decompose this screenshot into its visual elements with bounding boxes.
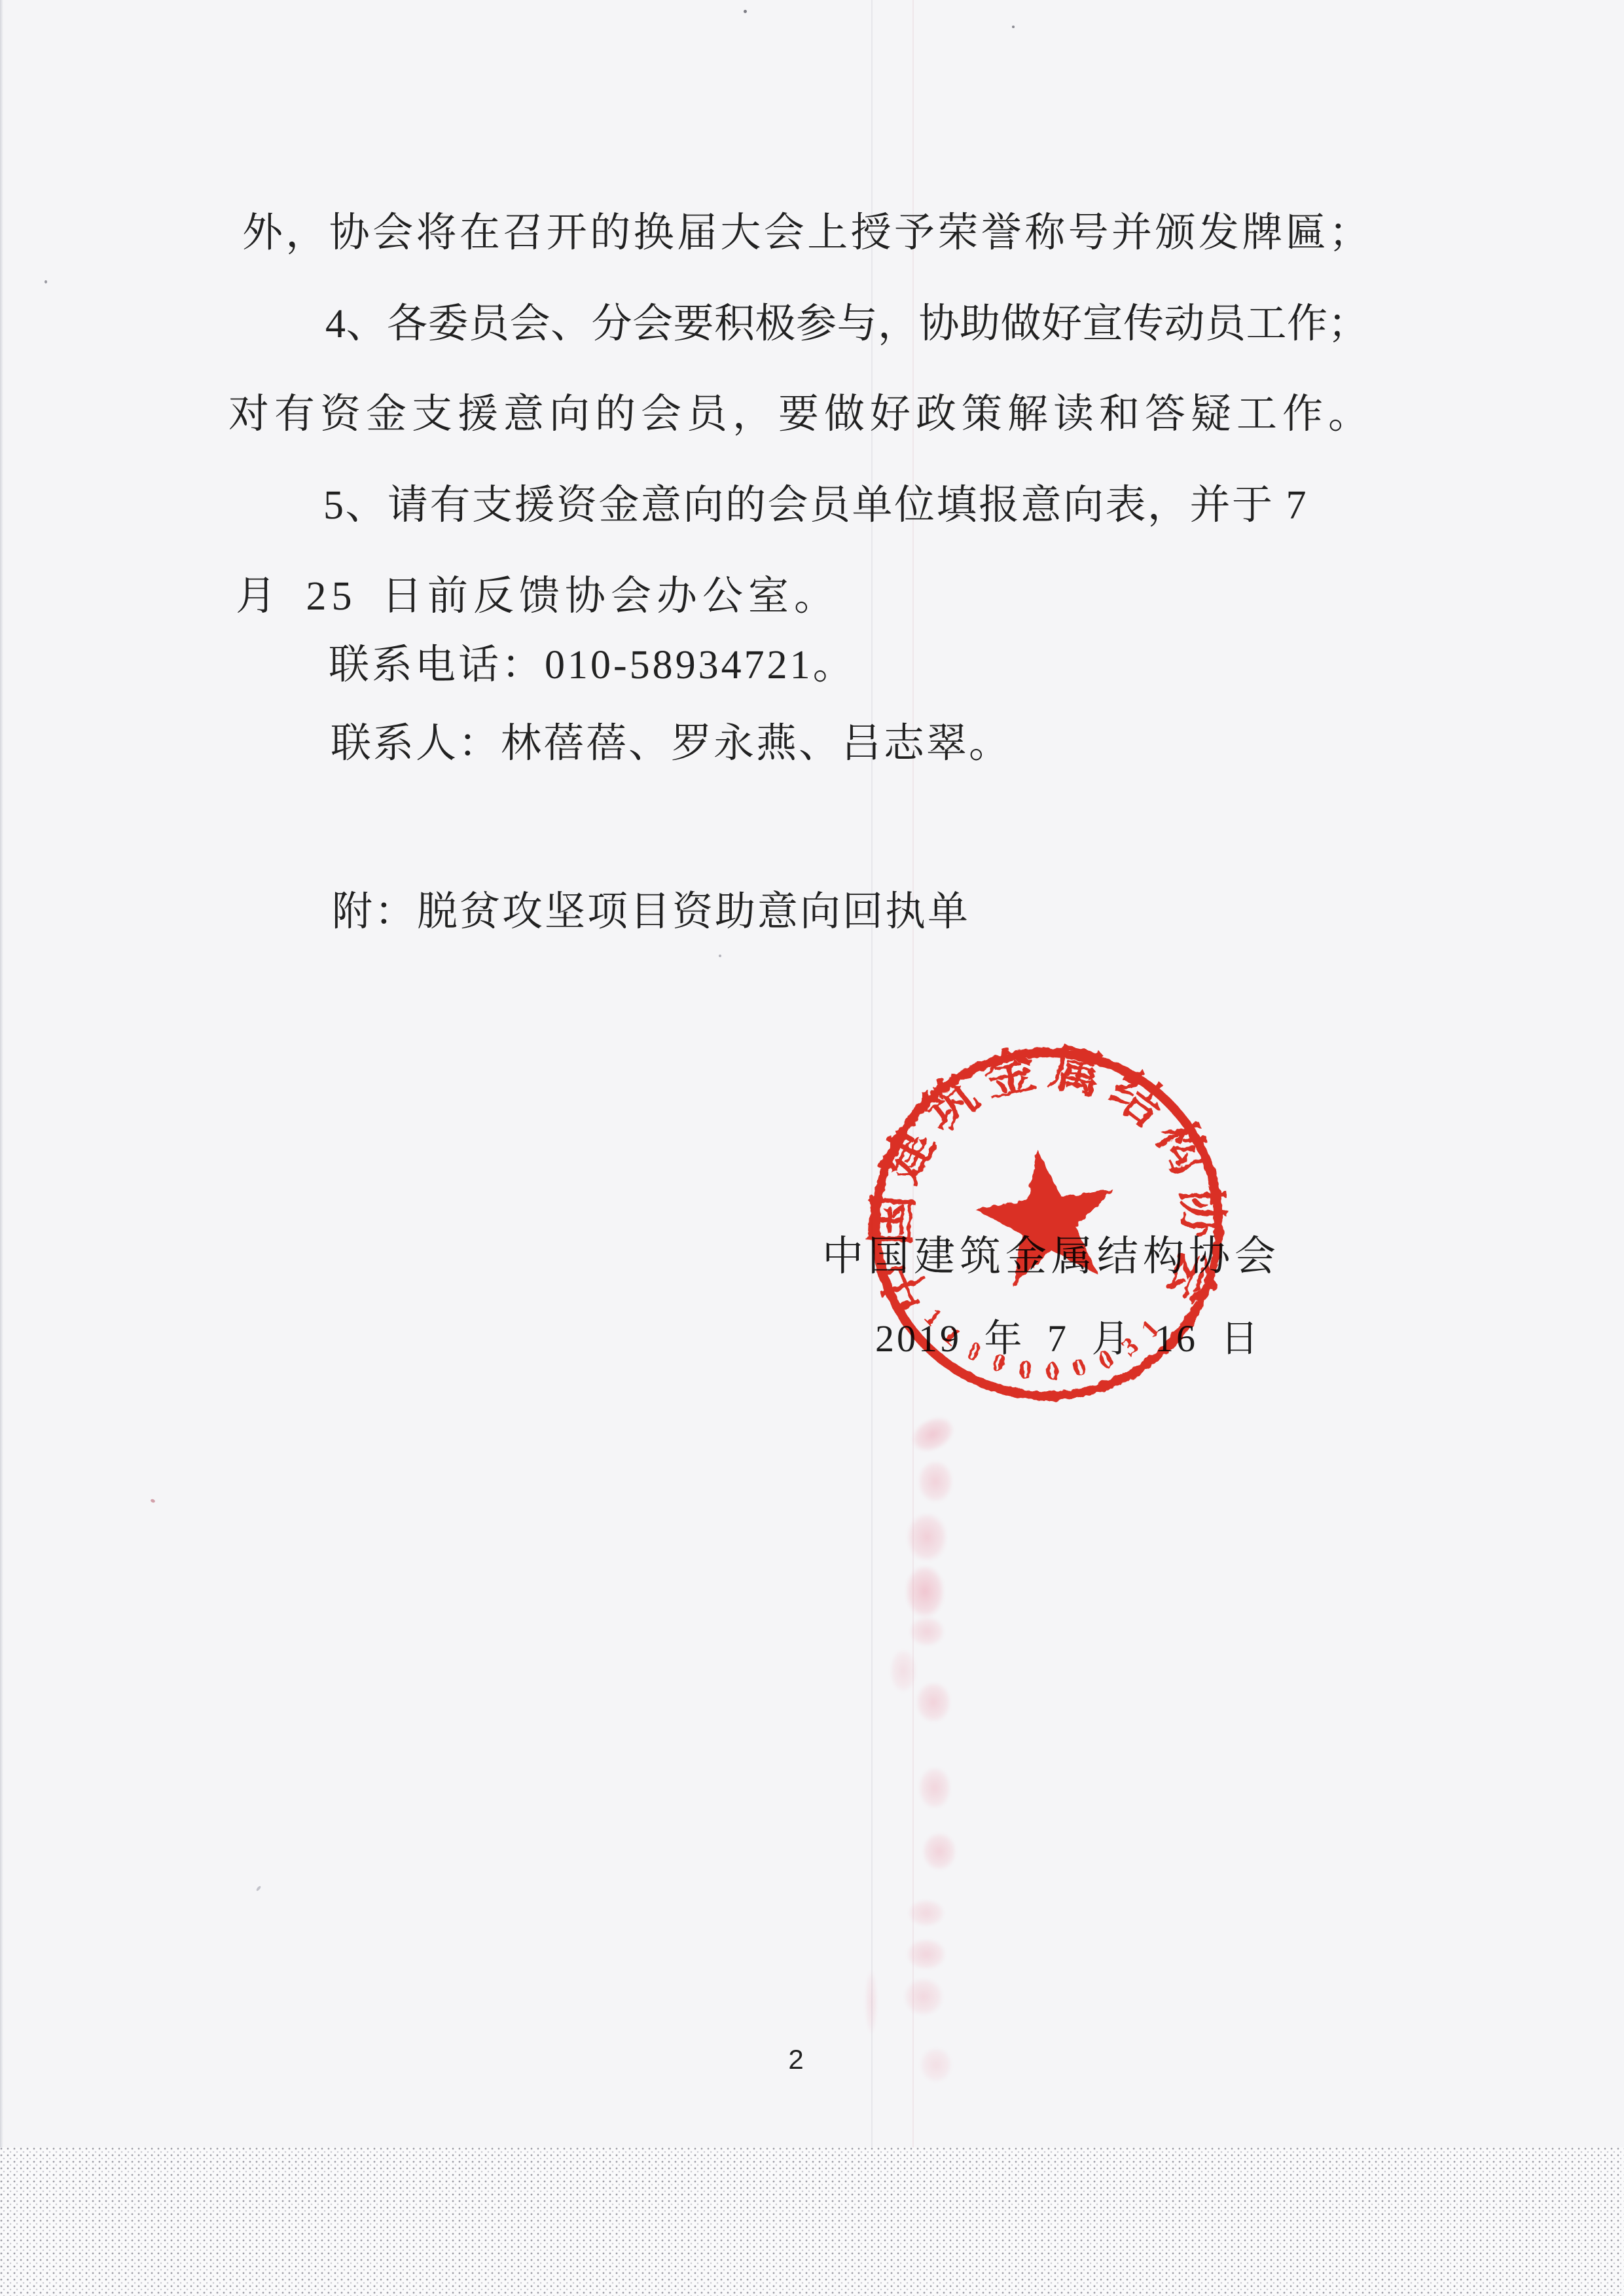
date-line: 2019 年 7 月 16 日 xyxy=(875,1320,1261,1358)
paragraph-line-item5: 5、请有支援资金意向的会员单位填报意向表，并于 7 xyxy=(323,485,1308,526)
attachment-line: 附：脱贫攻坚项目资助意向回执单 xyxy=(332,892,970,932)
contact-person-line: 联系人：林蓓蓓、罗永燕、吕志翠。 xyxy=(331,723,1011,764)
paragraph-line-item5-cont: 月 25 日前反馈协会办公室。 xyxy=(236,576,840,617)
paragraph-line-item4: 4、各委员会、分会要积极参与，协助做好宣传动员工作； xyxy=(325,304,1369,344)
org-signature: 中国建筑金属结构协会 xyxy=(822,1236,1280,1277)
paragraph-line-honor: 外，协会将在召开的换届大会上授予荣誉称号并颁发牌匾； xyxy=(242,213,1372,253)
official-seal: 中国建筑金属结构协会 1100000031 xyxy=(851,1028,1244,1421)
contact-phone-line: 联系电话：010-58934721。 xyxy=(329,645,856,685)
page-number: 2 xyxy=(776,2044,816,2075)
paragraph-line-item4-cont: 对有资金支援意向的会员，要做好政策解读和答疑工作。 xyxy=(228,394,1374,435)
halftone-band xyxy=(0,2147,1624,2296)
scan-edge-shadow xyxy=(0,0,3,2296)
